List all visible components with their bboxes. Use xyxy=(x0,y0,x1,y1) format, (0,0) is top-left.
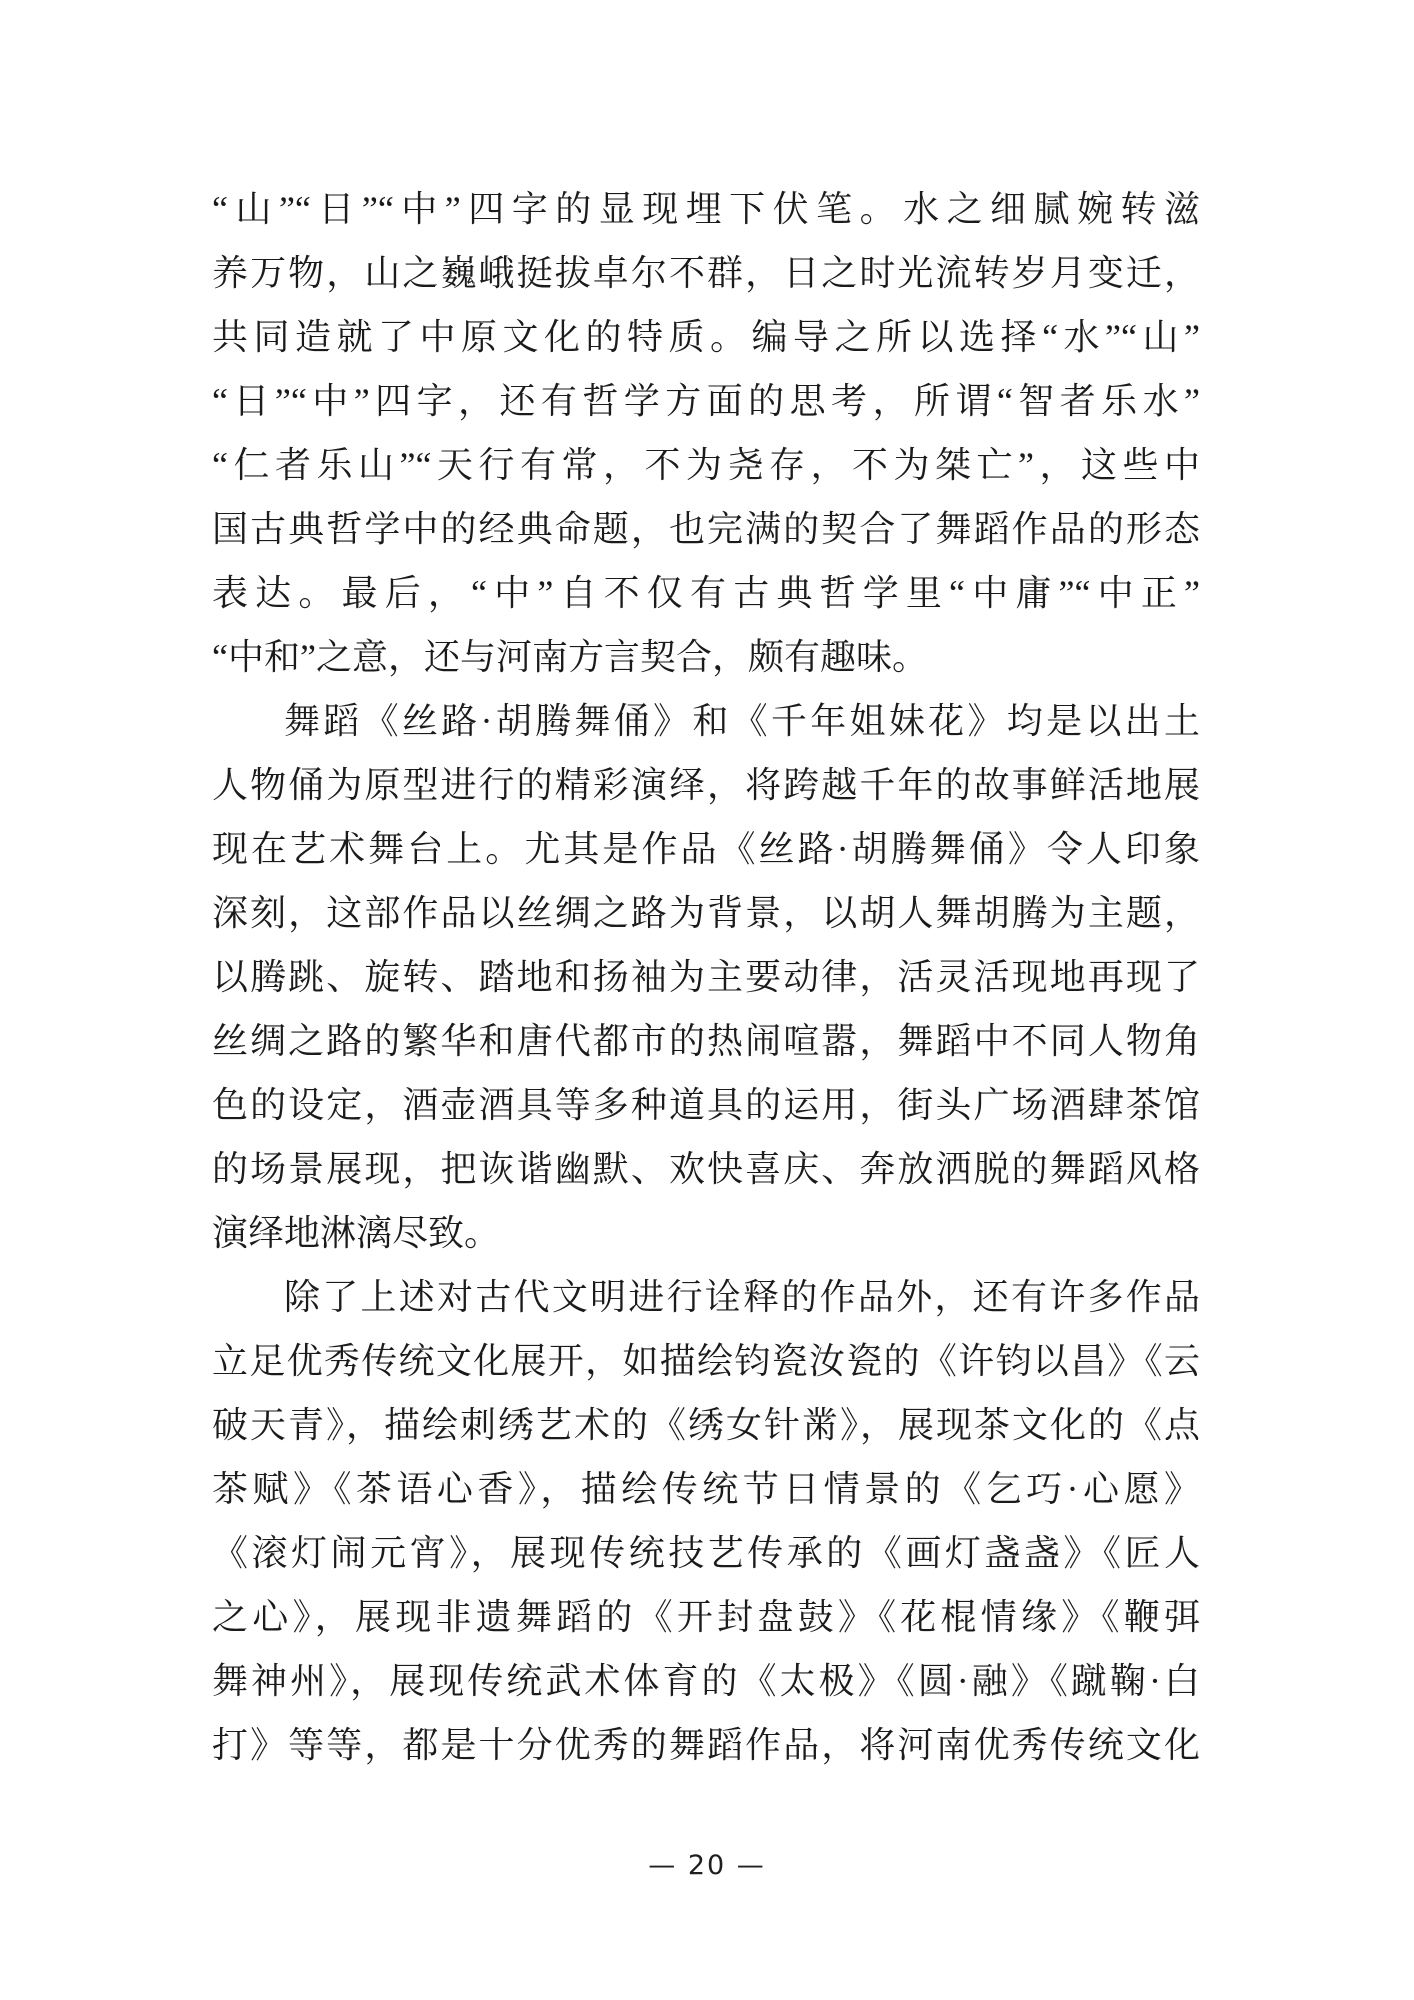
text-line: 色的设定，酒壶酒具等多种道具的运用，街头广场酒肆茶馆 xyxy=(212,1073,1200,1137)
text-line: 表达。最后，“中”自不仅有古典哲学里“中庸”“中正” xyxy=(212,561,1200,625)
text-line: 破天青》，描绘刺绣艺术的《绣女针黹》，展现茶文化的《点 xyxy=(212,1393,1200,1457)
text-line: 深刻，这部作品以丝绸之路为背景，以胡人舞胡腾为主题， xyxy=(212,881,1200,945)
page-number: — 20 — xyxy=(648,1850,766,1881)
page-footer: — 20 — xyxy=(0,1850,1414,1881)
text-line: “山”“日”“中”四字的显现埋下伏笔。水之细腻婉转滋 xyxy=(212,177,1200,241)
text-line: 之心》，展现非遗舞蹈的《开封盘鼓》《花棍情缘》《鞭弭 xyxy=(212,1585,1200,1649)
text-line: 的场景展现，把诙谐幽默、欢快喜庆、奔放洒脱的舞蹈风格 xyxy=(212,1137,1200,1201)
text-line: 立足优秀传统文化展开，如描绘钧瓷汝瓷的《许钧以昌》《云 xyxy=(212,1329,1200,1393)
page-body-text: “山”“日”“中”四字的显现埋下伏笔。水之细腻婉转滋 养万物，山之巍峨挺拔卓尔不… xyxy=(212,177,1200,1777)
text-line: 以腾跳、旋转、踏地和扬袖为主要动律，活灵活现地再现了 xyxy=(212,945,1200,1009)
text-line: “仁者乐山”“天行有常，不为尧存，不为桀亡”，这些中 xyxy=(212,433,1200,497)
text-line: 丝绸之路的繁华和唐代都市的热闹喧嚣，舞蹈中不同人物角 xyxy=(212,1009,1200,1073)
text-line: “中和”之意，还与河南方言契合，颇有趣味。 xyxy=(212,625,1200,689)
text-line: “日”“中”四字，还有哲学方面的思考，所谓“智者乐水” xyxy=(212,369,1200,433)
text-line: 养万物，山之巍峨挺拔卓尔不群，日之时光流转岁月变迁， xyxy=(212,241,1200,305)
text-line: 人物俑为原型进行的精彩演绎，将跨越千年的故事鲜活地展 xyxy=(212,753,1200,817)
text-line: 茶赋》《茶语心香》，描绘传统节日情景的《乞巧·心愿》 xyxy=(212,1457,1200,1521)
text-line: 现在艺术舞台上。尤其是作品《丝路·胡腾舞俑》令人印象 xyxy=(212,817,1200,881)
text-line: 打》等等，都是十分优秀的舞蹈作品，将河南优秀传统文化 xyxy=(212,1713,1200,1777)
text-line: 演绎地淋漓尽致。 xyxy=(212,1201,1200,1265)
text-line: 《滚灯闹元宵》，展现传统技艺传承的《画灯盏盏》《匠人 xyxy=(212,1521,1200,1585)
text-line: 舞蹈《丝路·胡腾舞俑》和《千年姐妹花》均是以出土 xyxy=(212,689,1200,753)
text-line: 舞神州》，展现传统武术体育的《太极》《圆·融》《蹴鞠·白 xyxy=(212,1649,1200,1713)
document-page: “山”“日”“中”四字的显现埋下伏笔。水之细腻婉转滋 养万物，山之巍峨挺拔卓尔不… xyxy=(0,0,1414,2000)
text-line: 共同造就了中原文化的特质。编导之所以选择“水”“山” xyxy=(212,305,1200,369)
text-line: 除了上述对古代文明进行诠释的作品外，还有许多作品 xyxy=(212,1265,1200,1329)
text-line: 国古典哲学中的经典命题，也完满的契合了舞蹈作品的形态 xyxy=(212,497,1200,561)
